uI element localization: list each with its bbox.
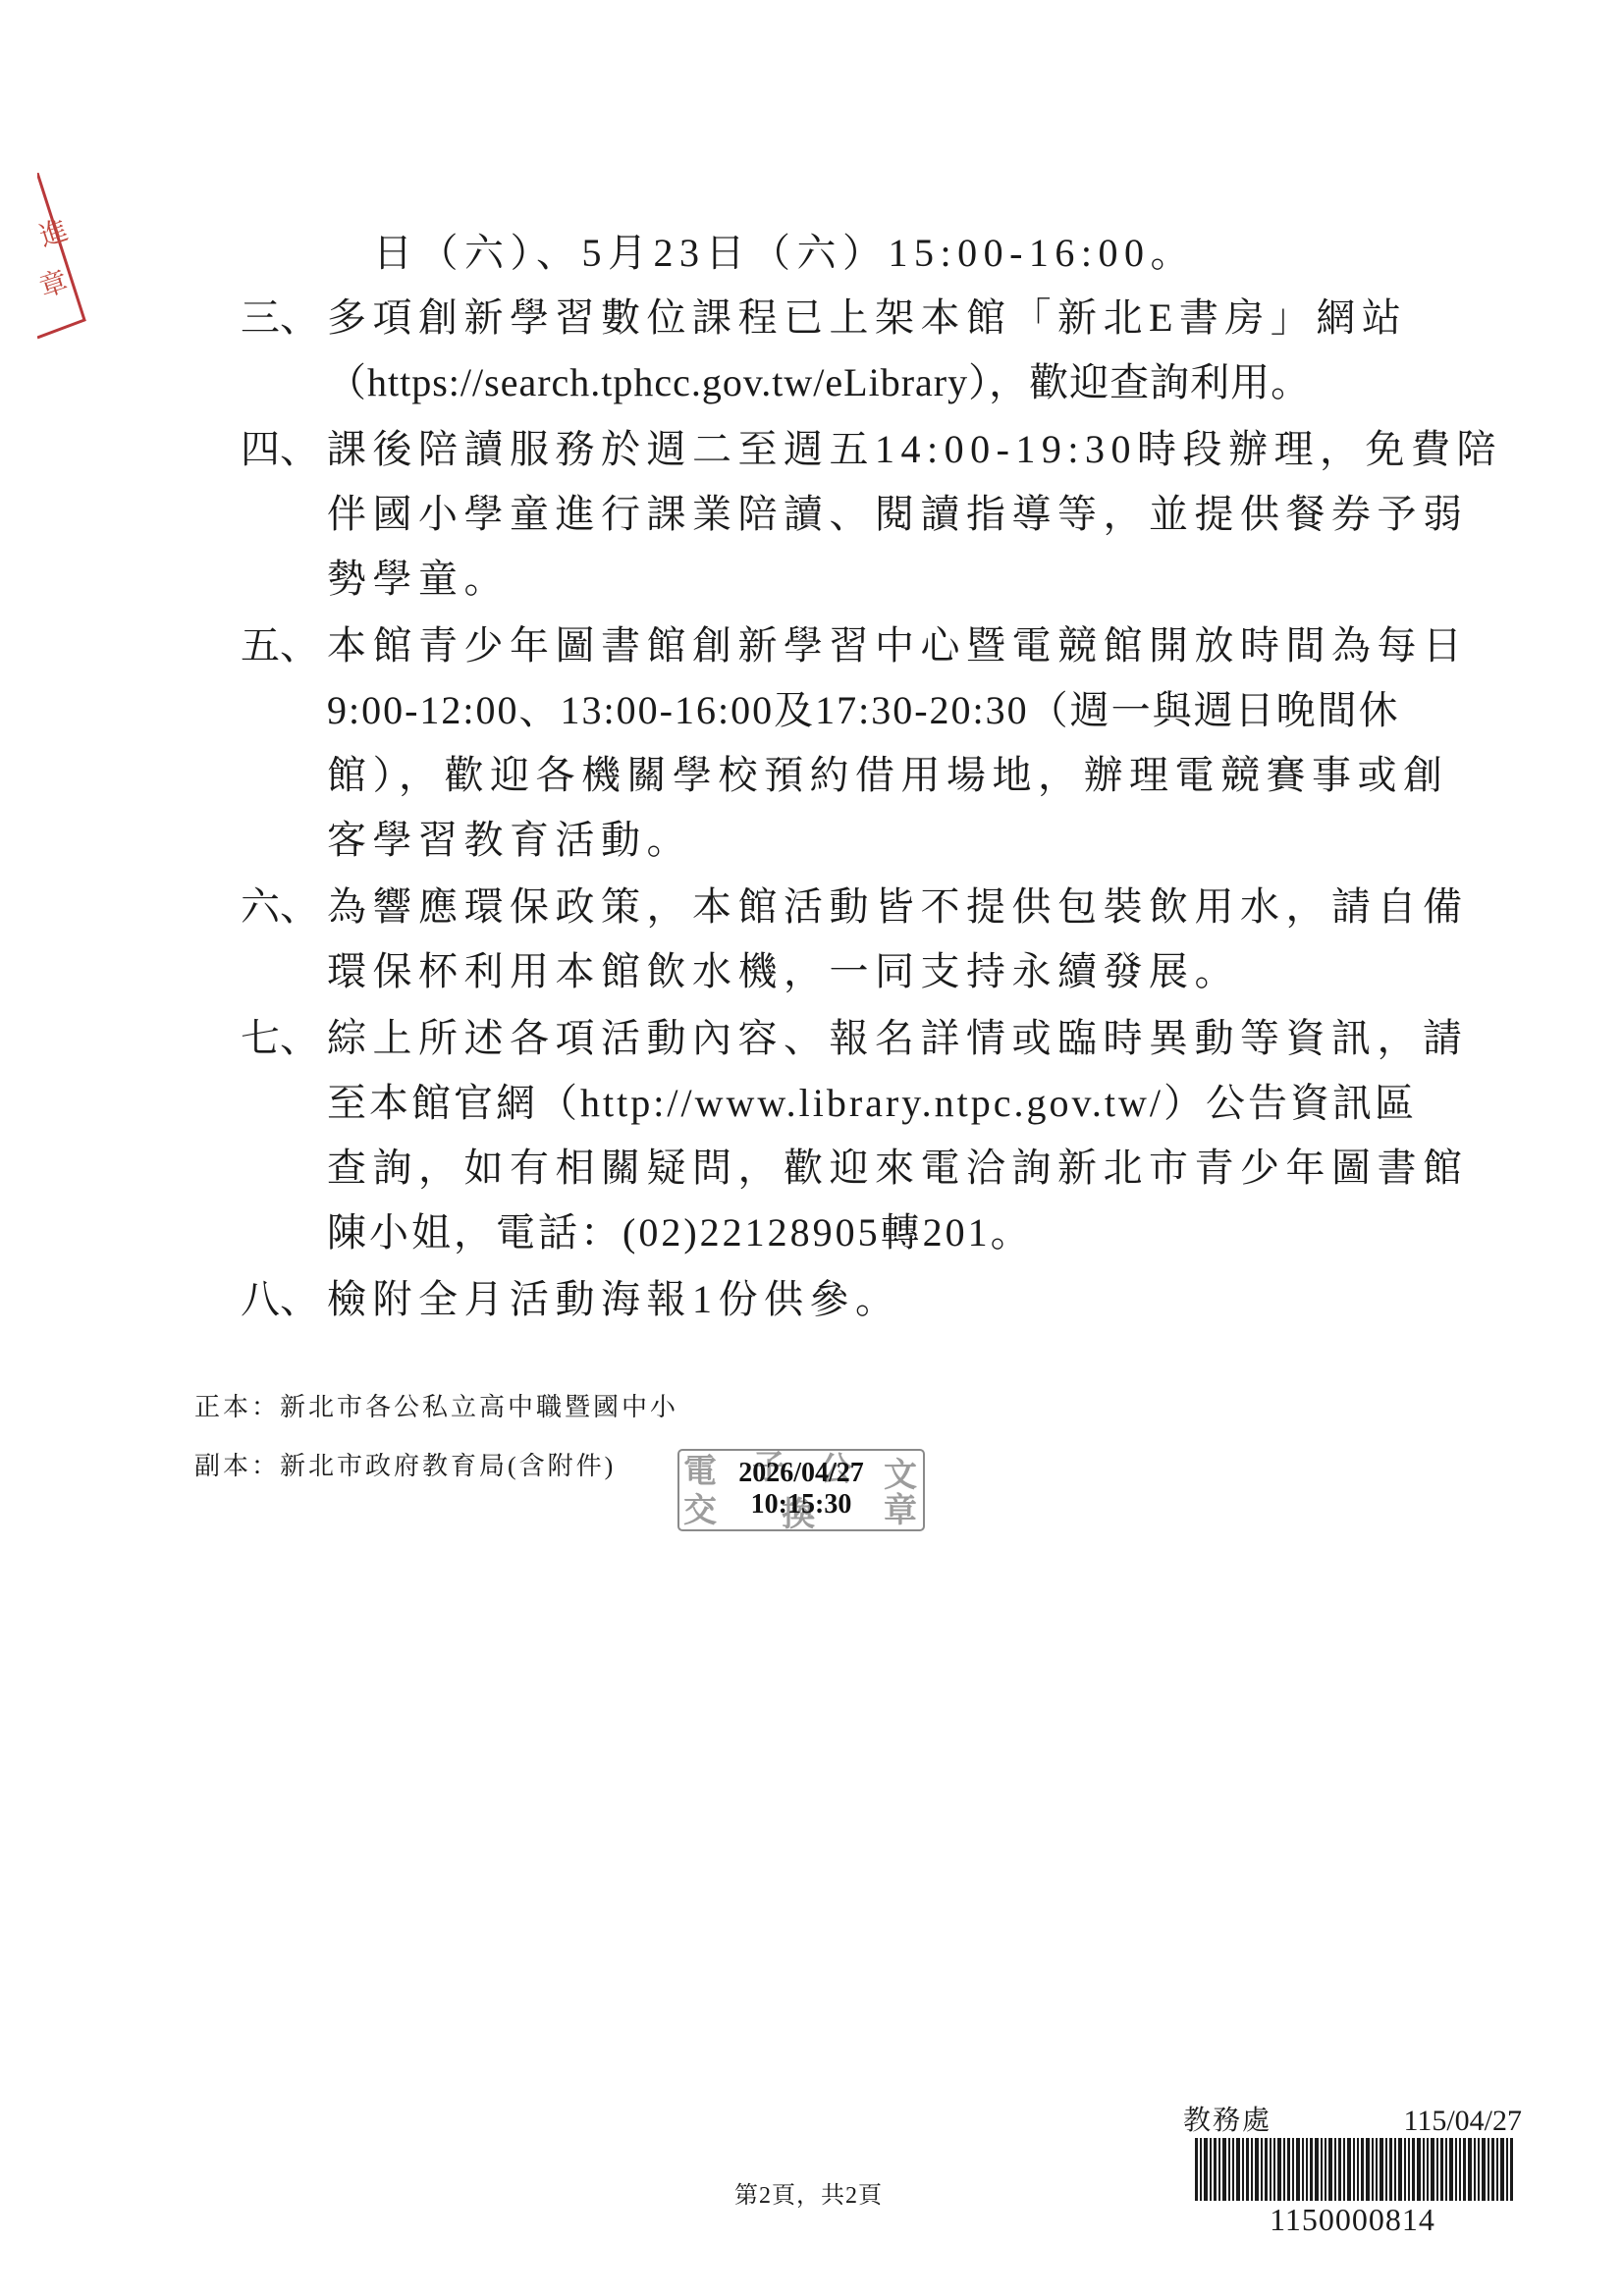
barcode-block: 教務處 115/04/27 (1183, 2107, 1522, 2244)
item-text-line: 客學習教育活動。 (327, 817, 692, 864)
item-text: 多項創新學習數位課程已上架本館「新北E書房」網站 (327, 295, 1407, 340)
list-item-3: 三、多項創新學習數位課程已上架本館「新北E書房」網站 (241, 294, 1407, 342)
copy-recipient: 副本：新北市政府教育局(含附件) (194, 1451, 616, 1482)
item-text-line: 勢學童。 (327, 556, 510, 603)
original-recipient: 正本：新北市各公私立高中職暨國中小 (194, 1392, 678, 1423)
page-indicator: 第2頁，共2頁 (734, 2181, 883, 2211)
item-text: 綜上所述各項活動內容、報名詳情或臨時異動等資訊，請 (327, 1016, 1469, 1060)
barcode-date: 115/04/27 (1403, 2107, 1522, 2136)
item-number: 六、 (241, 883, 327, 931)
item-text-line: 查詢，如有相關疑問，歡迎來電洽詢新北市青少年圖書館 (327, 1145, 1469, 1192)
item-number: 三、 (241, 294, 327, 342)
list-item-6: 六、為響應環保政策，本館活動皆不提供包裝飲用水，請自備 (241, 883, 1469, 931)
document-exchange-stamp: 電 子 公 文 交 換 章 2026/04/27 10:15:30 (677, 1449, 925, 1531)
item-number: 四、 (241, 426, 327, 473)
barcode-number: 1150000814 (1183, 2203, 1522, 2236)
stamp-border-icon (37, 173, 96, 340)
item-text: 課後陪讀服務於週二至週五14:00-19:30時段辦理，免費陪 (327, 427, 1502, 471)
item-text-line: 館），歡迎各機關學校預約借用場地，辦理電競賽事或創 (327, 752, 1449, 799)
item-number: 七、 (241, 1015, 327, 1062)
item-text-line: （https://search.tphcc.gov.tw/eLibrary），歡… (327, 359, 1311, 406)
item-number: 五、 (241, 622, 327, 669)
list-item-5: 五、本館青少年圖書館創新學習中心暨電競館開放時間為每日 (241, 622, 1469, 669)
item-number: 八、 (241, 1276, 327, 1323)
stamp-date: 2026/04/27 (679, 1459, 923, 1488)
item-text: 檢附全月活動海報1份供參。 (327, 1277, 901, 1321)
continuation-line: 日（六）、5月23日（六）15:00-16:00。 (373, 230, 1196, 277)
item-text: 為響應環保政策，本館活動皆不提供包裝飲用水，請自備 (327, 884, 1469, 929)
list-item-8: 八、檢附全月活動海報1份供參。 (241, 1276, 901, 1323)
document-page: 進 章 日（六）、5月23日（六）15:00-16:00。 三、多項創新學習數位… (0, 0, 1623, 2296)
stamp-time: 10:15:30 (679, 1490, 923, 1520)
item-text: 本館青少年圖書館創新學習中心暨電競館開放時間為每日 (327, 623, 1469, 667)
list-item-4: 四、課後陪讀服務於週二至週五14:00-19:30時段辦理，免費陪 (241, 426, 1502, 473)
list-item-7: 七、綜上所述各項活動內容、報名詳情或臨時異動等資訊，請 (241, 1015, 1469, 1062)
item-text-line: 9:00-12:00、13:00-16:00及17:30-20:30（週一與週日… (327, 687, 1400, 734)
item-text-line: 伴國小學童進行課業陪讀、閱讀指導等，並提供餐券予弱 (327, 491, 1469, 538)
item-text-line: 陳小姐，電話：(02)22128905轉201。 (327, 1209, 1033, 1256)
item-text-line: 環保杯利用本館飲水機，一同支持永續發展。 (327, 948, 1240, 995)
barcode-department: 教務處 (1183, 2107, 1271, 2136)
receipt-stamp: 進 章 (37, 173, 88, 330)
item-text-line: 至本館官網（http://www.library.ntpc.gov.tw/）公告… (327, 1080, 1417, 1127)
barcode-icon (1195, 2138, 1515, 2201)
